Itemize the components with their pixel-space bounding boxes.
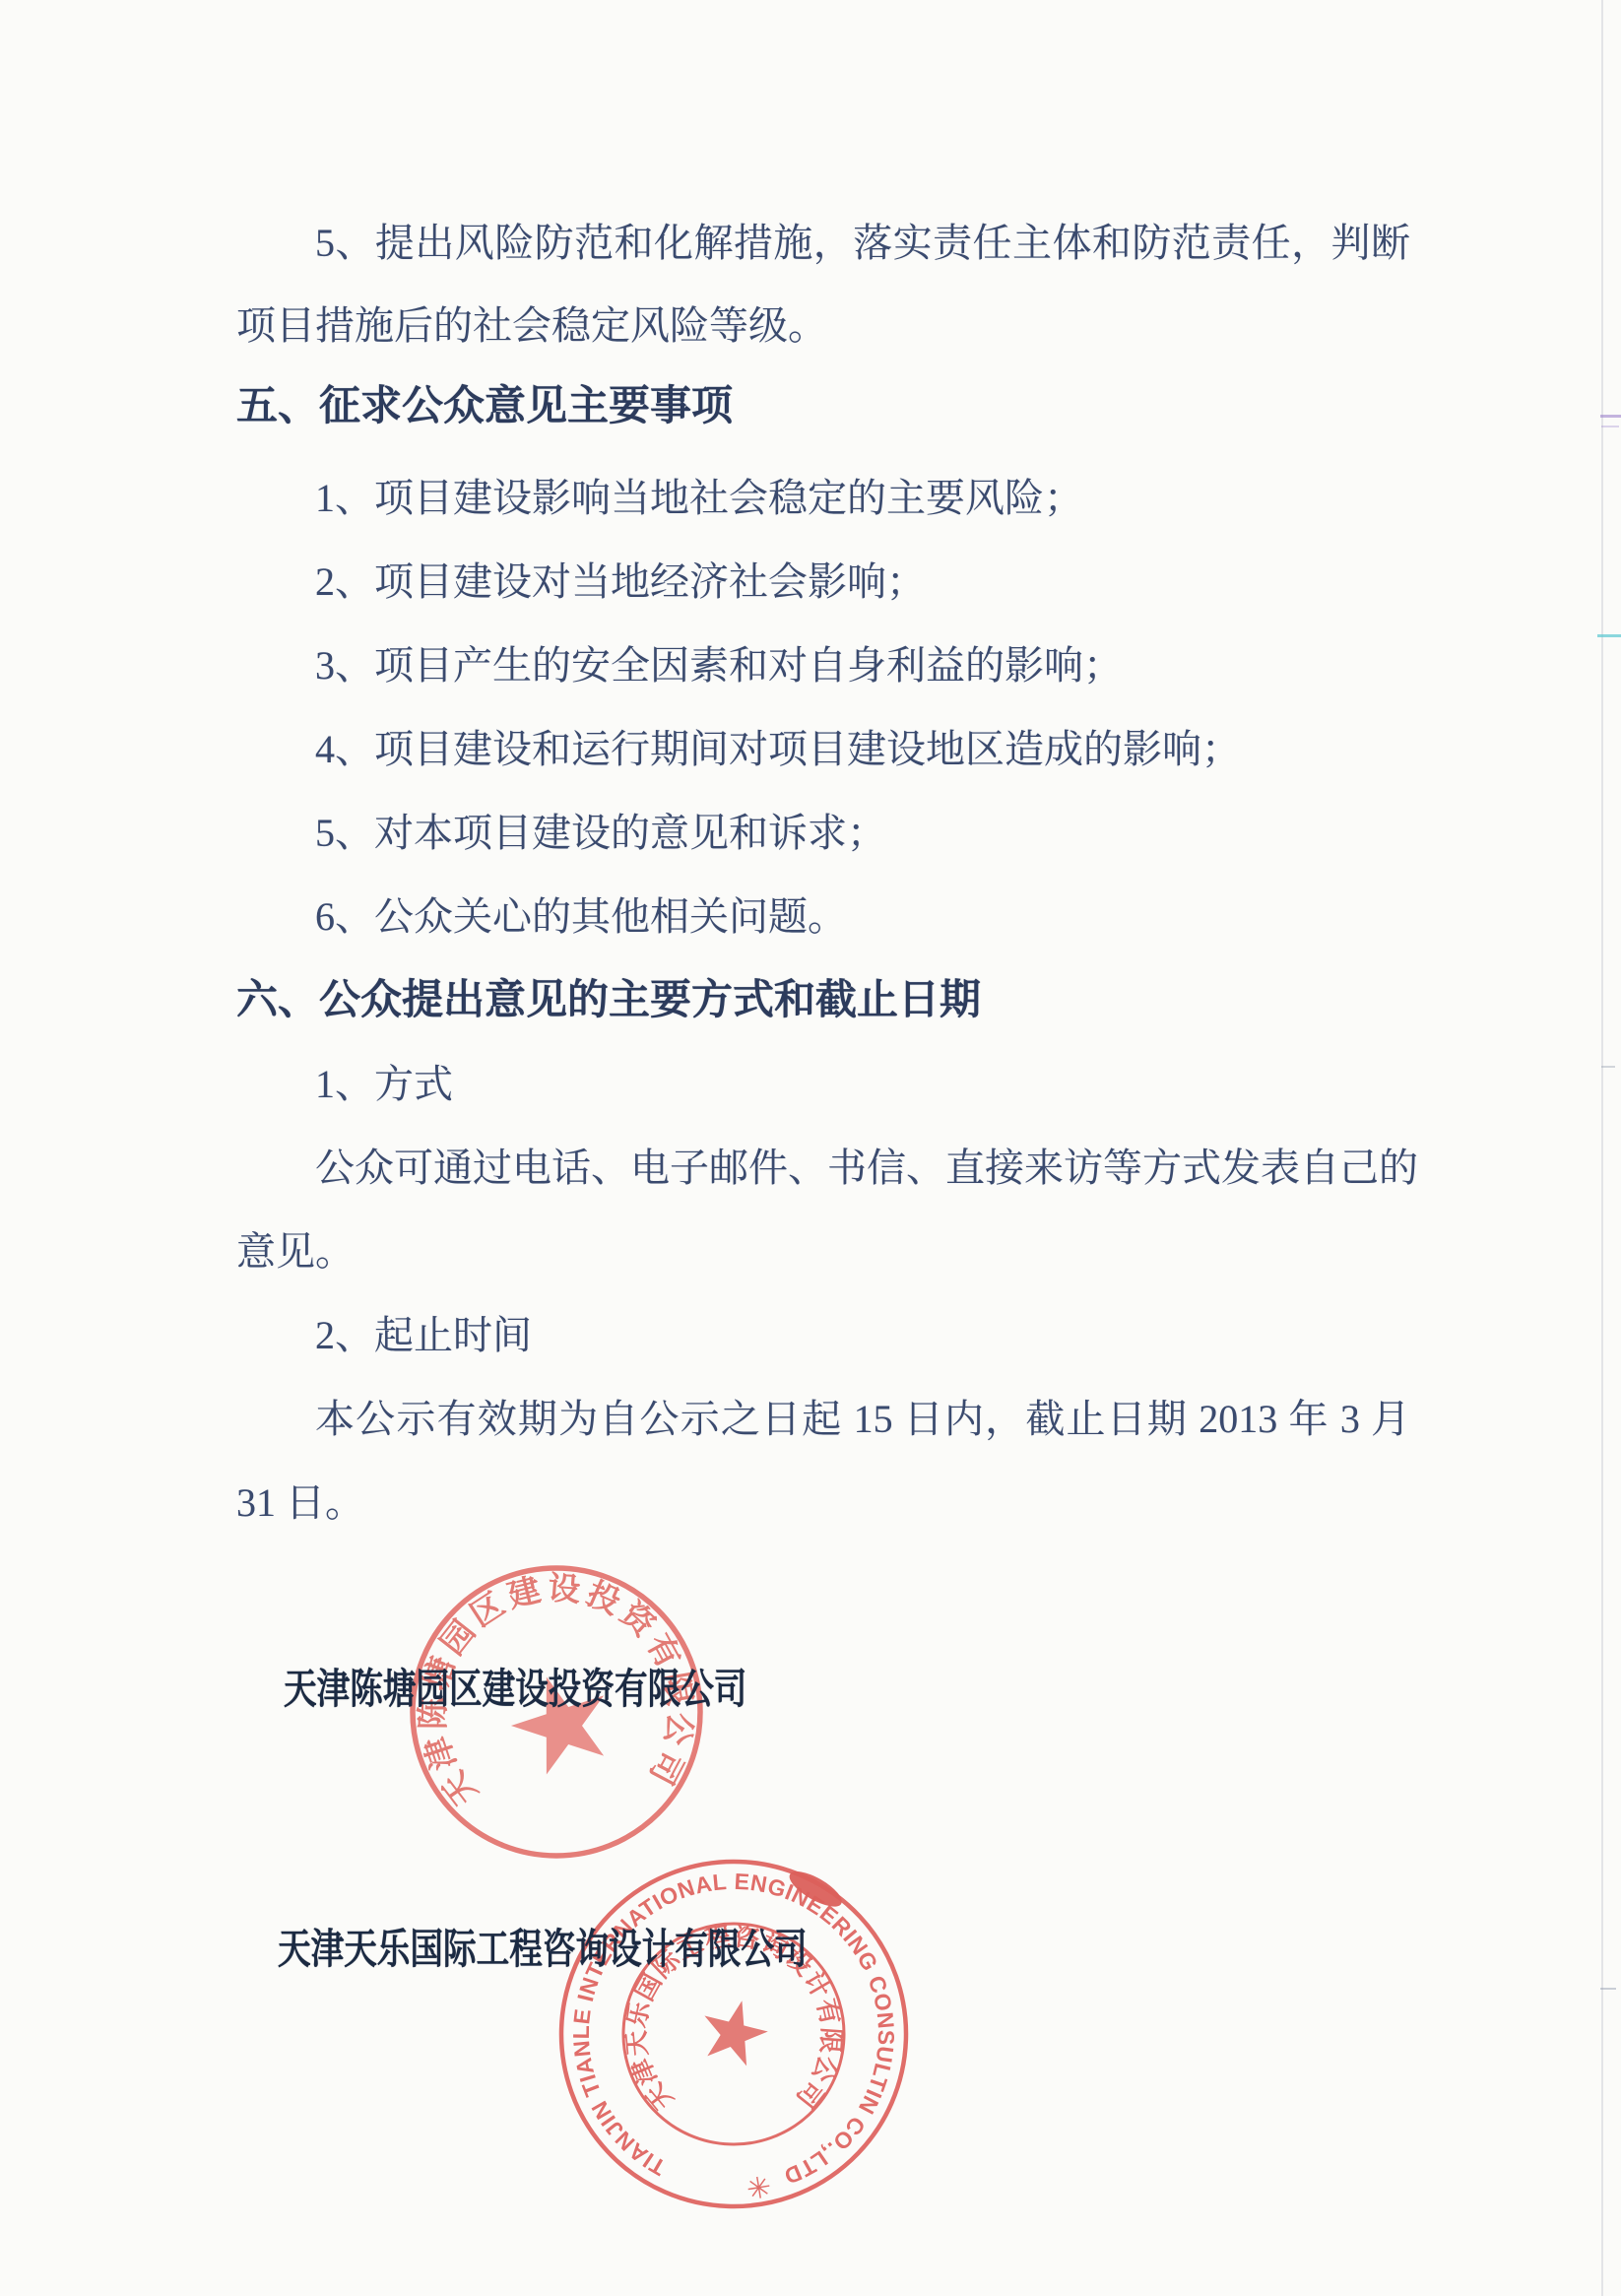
opinion-item-1: 1、项目建设影响当地社会稳定的主要风险； bbox=[315, 474, 1083, 523]
company-name-chentang: 天津陈塘园区建设投资有限公司 bbox=[284, 1665, 746, 1716]
section-heading-6: 六、公众提出意见的主要方式和截止日期 bbox=[236, 976, 981, 1025]
opinion-item-3: 3、项目产生的安全因素和对自身利益的影响； bbox=[315, 641, 1123, 690]
method-para-line2: 意见。 bbox=[236, 1227, 355, 1277]
opinion-item-2: 2、项目建设对当地经济社会影响； bbox=[315, 558, 926, 607]
method-label: 1、方式 bbox=[315, 1060, 453, 1109]
para-risk-measures-line1: 5、提出风险防范和化解措施，落实责任主体和防范责任，判断 bbox=[315, 219, 1410, 268]
tianle-company-seal: TIANJIN TIANLE INTERNATIONAL ENGINEERING… bbox=[547, 1847, 921, 2221]
opinion-item-6: 6、公众关心的其他相关问题。 bbox=[315, 892, 847, 942]
scan-tick-cyan bbox=[1597, 634, 1621, 637]
period-para-line2: 31 日。 bbox=[236, 1478, 364, 1528]
seal-star-icon bbox=[695, 1993, 774, 2068]
scan-tick-gray-2 bbox=[1600, 1988, 1616, 1990]
opinion-item-4: 4、项目建设和运行期间对项目建设地区造成的影响； bbox=[315, 725, 1241, 774]
scan-edge-line bbox=[1601, 0, 1603, 2296]
period-label: 2、起止时间 bbox=[315, 1311, 532, 1360]
scan-tick-purple-2 bbox=[1601, 426, 1619, 427]
scan-tick-purple bbox=[1600, 415, 1621, 418]
section-heading-5: 五、征求公众意见主要事项 bbox=[236, 382, 733, 431]
scan-tick-gray bbox=[1601, 1066, 1615, 1068]
period-para-line1: 本公示有效期为自公示之日起 15 日内，截止日期 2013 年 3 月 bbox=[315, 1395, 1410, 1444]
seal-separator-asterisk-icon: ✳ bbox=[743, 2167, 774, 2204]
svg-text:✳: ✳ bbox=[743, 2167, 774, 2204]
para-risk-measures-line2: 项目措施后的社会稳定风险等级。 bbox=[236, 301, 827, 351]
opinion-item-5: 5、对本项目建设的意见和诉求； bbox=[315, 809, 886, 858]
method-para-line1: 公众可通过电话、电子邮件、书信、直接来访等方式发表自己的 bbox=[315, 1144, 1410, 1193]
document-page: 天津陈塘园区建设投资有限公司 TIANJIN TIANLE INTERNATIO… bbox=[0, 0, 1621, 2296]
company-name-tianle: 天津天乐国际工程咨询设计有限公司 bbox=[278, 1925, 808, 1976]
